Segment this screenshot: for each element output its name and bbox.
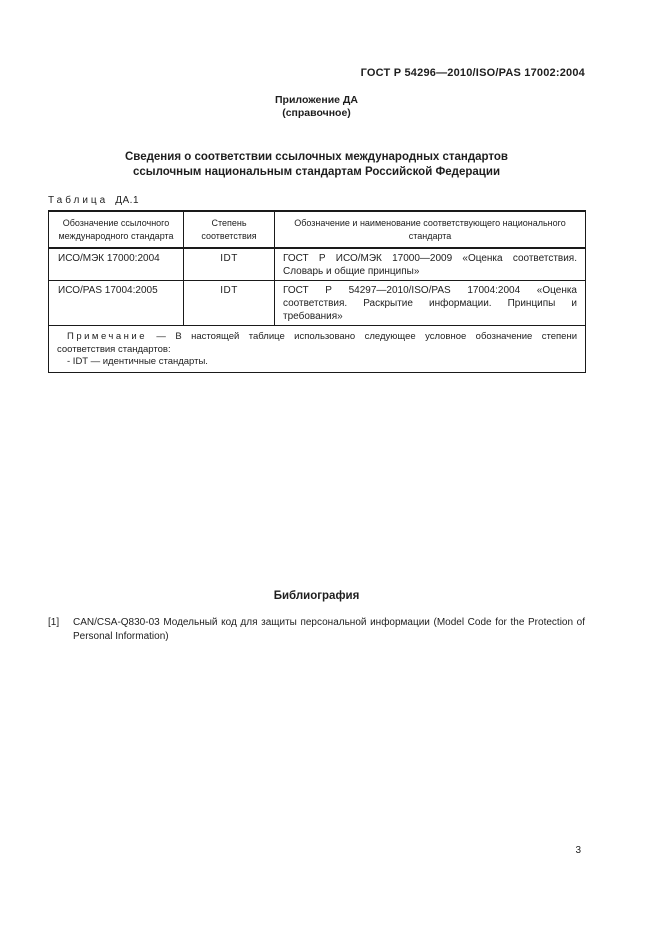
section-title: Сведения о соответствии ссылочных междун… bbox=[48, 150, 585, 180]
table-caption: ТаблицаДА.1 bbox=[48, 195, 585, 207]
cell-degree: IDT bbox=[184, 281, 275, 326]
table-row: ИСО/МЭК 17000:2004 IDT ГОСТ Р ИСО/МЭК 17… bbox=[49, 248, 586, 281]
document-code-header: ГОСТ Р 54296—2010/ISO/PAS 17002:2004 bbox=[48, 67, 585, 79]
table-caption-label: Таблица bbox=[48, 195, 108, 206]
bibliography-entry-text: CAN/CSA-Q830-03 Модельный код для защиты… bbox=[73, 616, 585, 644]
cell-reference-standard: ИСО/МЭК 17000:2004 bbox=[49, 248, 184, 281]
bibliography-entry-index: [1] bbox=[48, 616, 73, 644]
annex-subtitle: (справочное) bbox=[48, 107, 585, 120]
page-number: 3 bbox=[575, 845, 581, 856]
bibliography-entry: [1] CAN/CSA-Q830-03 Модельный код для за… bbox=[48, 616, 585, 644]
cell-national-standard: ГОСТ Р ИСО/МЭК 17000—2009 «Оценка соотве… bbox=[275, 248, 586, 281]
page-content: ГОСТ Р 54296—2010/ISO/PAS 17002:2004 При… bbox=[48, 0, 585, 644]
table-caption-number: ДА.1 bbox=[115, 195, 139, 206]
section-title-line-2: ссылочным национальным стандартам Россий… bbox=[48, 165, 585, 180]
bibliography-title: Библиография bbox=[48, 589, 585, 603]
document-page: ГОСТ Р 54296—2010/ISO/PAS 17002:2004 При… bbox=[0, 0, 661, 936]
table-row: ИСО/PAS 17004:2005 IDT ГОСТ Р 54297—2010… bbox=[49, 281, 586, 326]
note-label: Примечание bbox=[67, 331, 147, 342]
annex-title: Приложение ДА bbox=[48, 94, 585, 107]
column-header-national-standard: Обозначение и наименование соответствующ… bbox=[275, 211, 586, 248]
cell-national-standard: ГОСТ Р 54297—2010/ISO/PAS 17004:2004 «Оц… bbox=[275, 281, 586, 326]
column-header-reference-standard: Обозначение ссылочного международного ст… bbox=[49, 211, 184, 248]
table-note-row: Примечание — В настоящей таблице использ… bbox=[49, 326, 586, 373]
note-item-idt: - IDT — идентичные стандарты. bbox=[67, 356, 577, 369]
table-header-row: Обозначение ссылочного международного ст… bbox=[49, 211, 586, 248]
section-title-line-1: Сведения о соответствии ссылочных междун… bbox=[48, 150, 585, 165]
correspondence-table: Обозначение ссылочного международного ст… bbox=[48, 210, 586, 373]
table-note-cell: Примечание — В настоящей таблице использ… bbox=[49, 326, 586, 373]
note-paragraph: Примечание — В настоящей таблице использ… bbox=[57, 331, 577, 356]
cell-degree: IDT bbox=[184, 248, 275, 281]
cell-reference-standard: ИСО/PAS 17004:2005 bbox=[49, 281, 184, 326]
column-header-degree: Степень соответствия bbox=[184, 211, 275, 248]
